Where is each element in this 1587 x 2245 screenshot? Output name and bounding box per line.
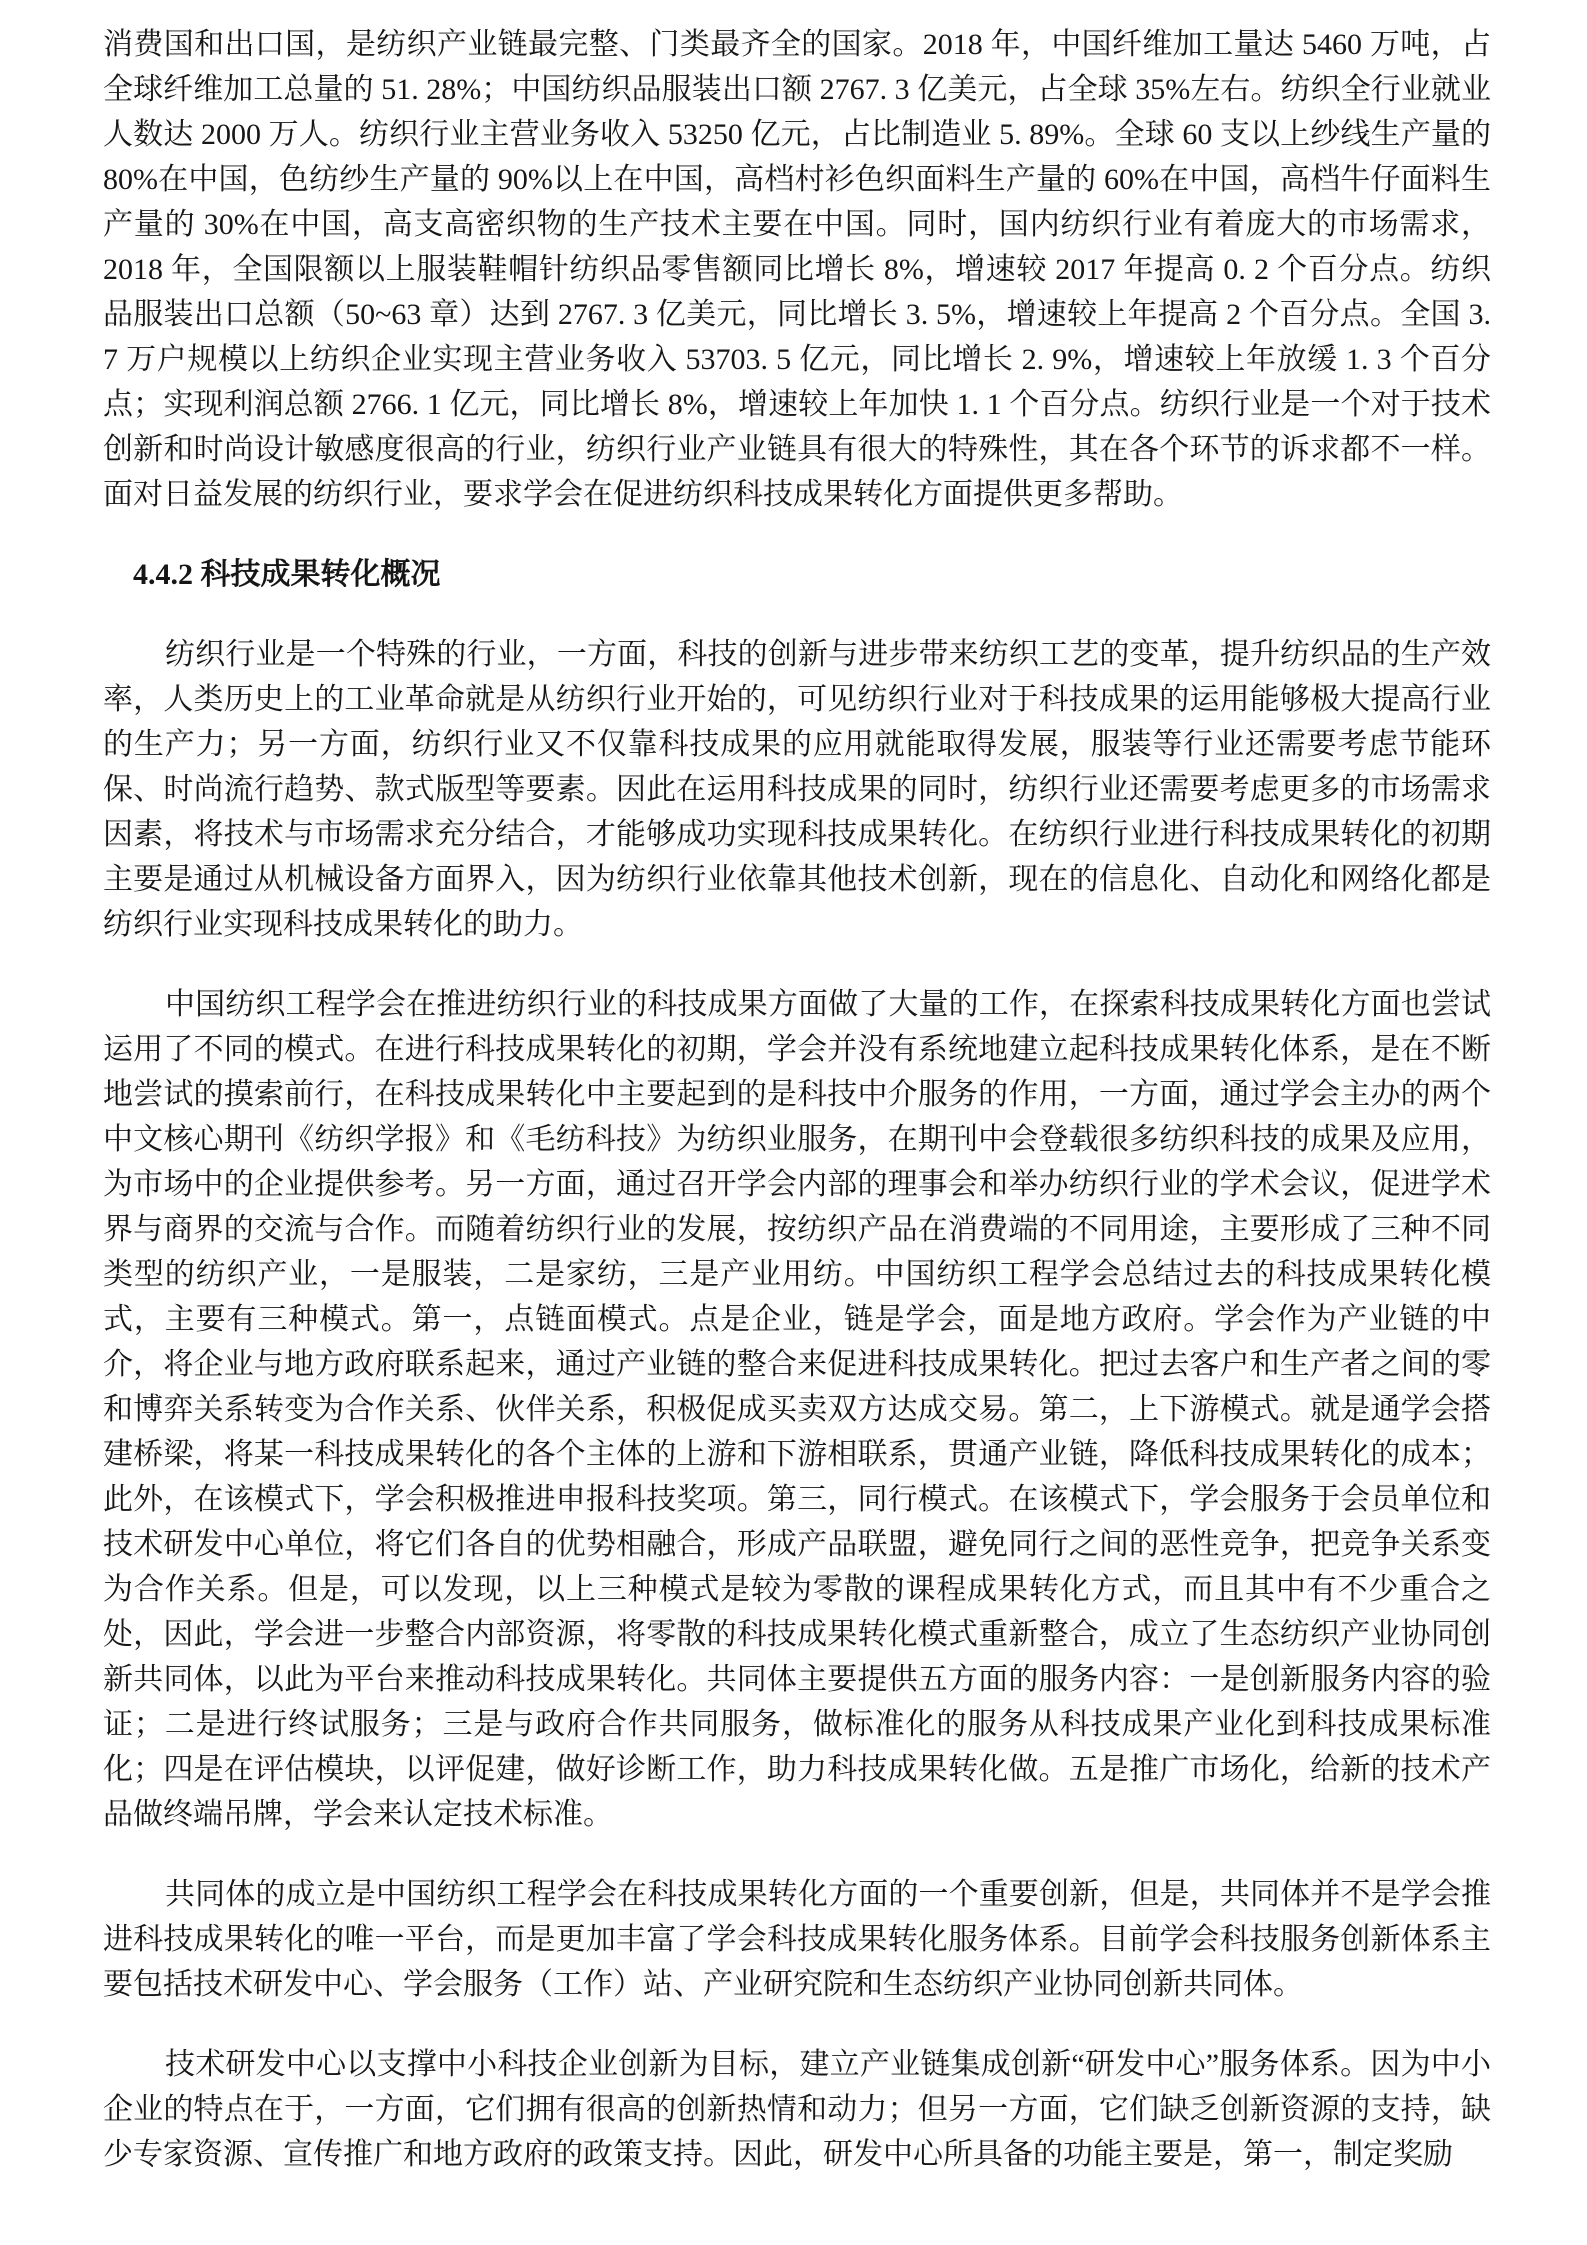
body-paragraph-continuation: 消费国和出口国，是纺织产业链最完整、门类最齐全的国家。2018 年，中国纤维加工…	[103, 22, 1491, 517]
section-heading: 4.4.2 科技成果转化概况	[103, 552, 1491, 597]
body-paragraph-1: 纺织行业是一个特殊的行业，一方面，科技的创新与进步带来纺织工艺的变革，提升纺织品…	[103, 632, 1491, 947]
body-paragraph-3: 共同体的成立是中国纺织工程学会在科技成果转化方面的一个重要创新，但是，共同体并不…	[103, 1872, 1491, 2007]
document-page: 消费国和出口国，是纺织产业链最完整、门类最齐全的国家。2018 年，中国纤维加工…	[0, 0, 1587, 2245]
body-paragraph-4: 技术研发中心以支撑中小科技企业创新为目标，建立产业链集成创新“研发中心”服务体系…	[103, 2042, 1491, 2177]
body-paragraph-2: 中国纺织工程学会在推进纺织行业的科技成果方面做了大量的工作，在探索科技成果转化方…	[103, 982, 1491, 1837]
